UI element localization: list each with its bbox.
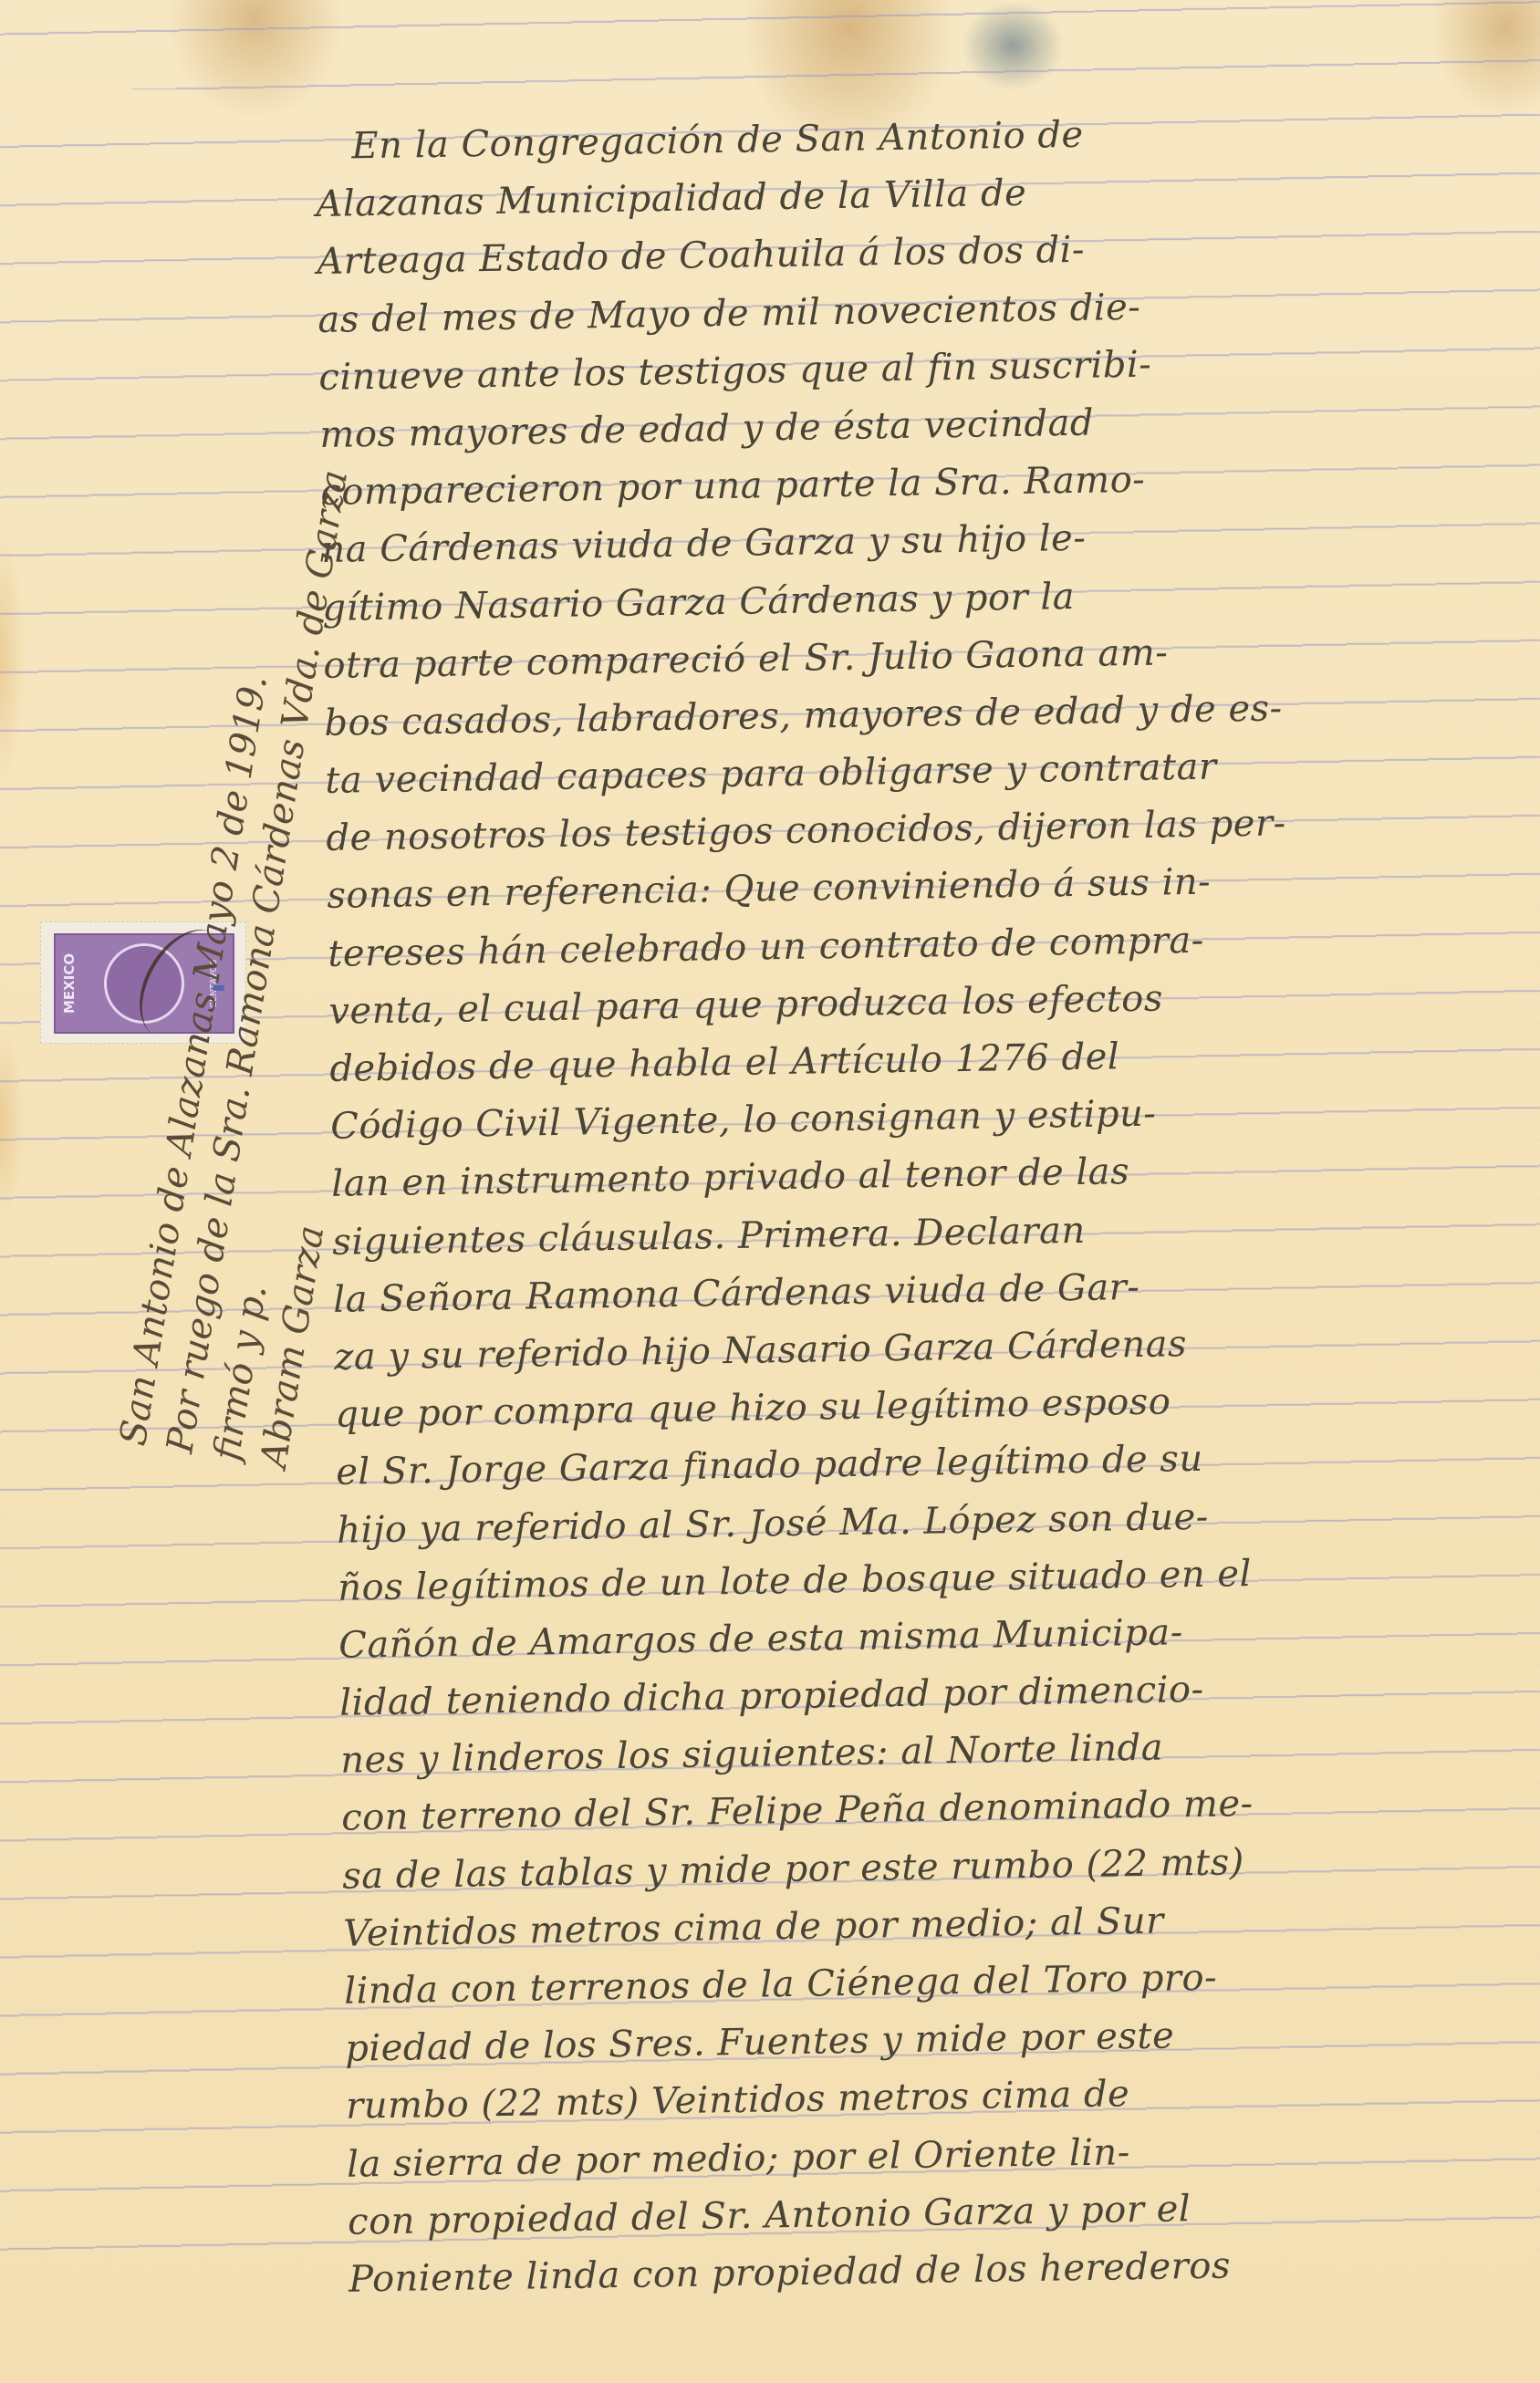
- stamp-country-label: MEXICO: [61, 942, 85, 1025]
- document-body: En la Congregación de San Antonio de Ala…: [315, 99, 1540, 2309]
